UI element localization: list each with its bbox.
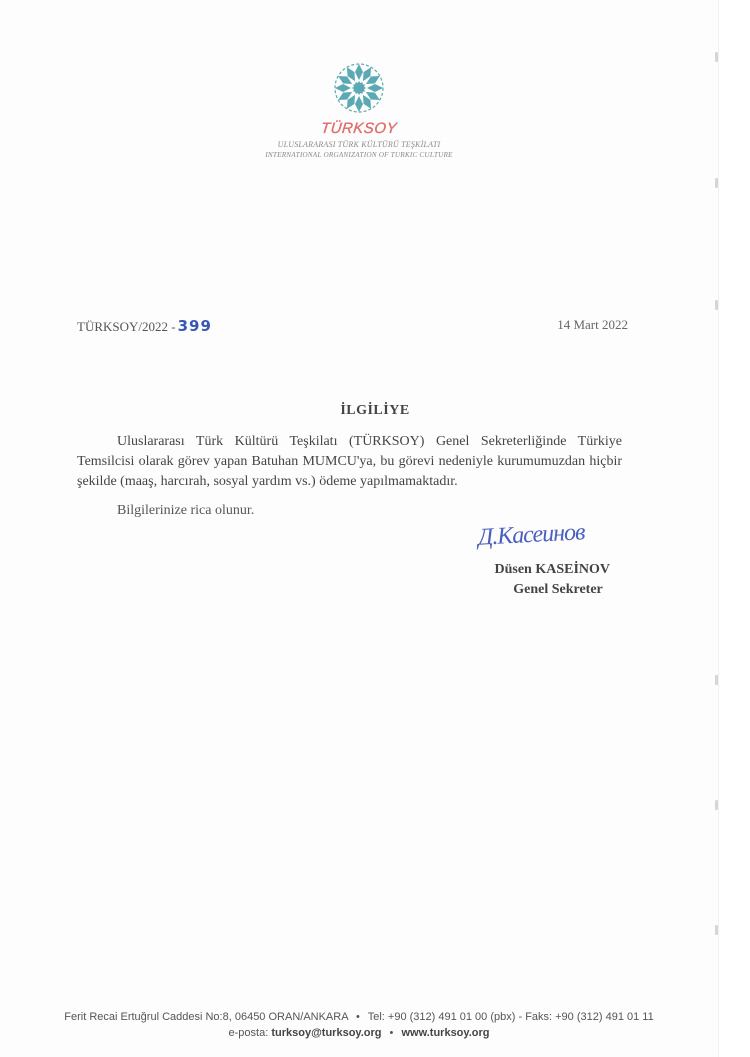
scan-mark xyxy=(715,300,718,310)
org-name-tr: ULUSLARARASI TÜRK KÜLTÜRÜ TEŞKİLATI xyxy=(0,140,718,149)
closing-line: Bilgilerinize rica olunur. xyxy=(117,503,254,519)
letter-footer: Ferit Recai Ertuğrul Caddesi No:8, 06450… xyxy=(0,1011,718,1039)
footer-email[interactable]: turksoy@turksoy.org xyxy=(271,1027,381,1039)
scan-mark xyxy=(715,178,718,188)
bullet-separator: • xyxy=(390,1027,394,1039)
brand-name: TÜRKSOY xyxy=(320,120,398,137)
handwritten-signature: Д.Касеинов xyxy=(477,519,585,552)
signatory-name: Düsen KASEİNOV xyxy=(494,562,610,578)
body-paragraph: Uluslararası Türk Kültürü Teşkilatı (TÜR… xyxy=(77,432,622,492)
footer-address: Ferit Recai Ertuğrul Caddesi No:8, 06450… xyxy=(64,1011,348,1023)
scan-edge xyxy=(718,0,750,1057)
handwritten-number: 399 xyxy=(178,317,212,335)
reference-prefix: TÜRKSOY/2022 - xyxy=(77,319,176,334)
org-name-en: INTERNATIONAL ORGANIZATION OF TURKIC CUL… xyxy=(0,151,718,159)
signatory-role: Genel Sekreter xyxy=(506,582,610,598)
scan-mark xyxy=(715,925,718,935)
letter-date: 14 Mart 2022 xyxy=(557,317,628,333)
letter-title: İLGİLİYE xyxy=(0,403,750,419)
letter-page: TÜRKSOY ULUSLARARASI TÜRK KÜLTÜRÜ TEŞKİL… xyxy=(0,0,718,1057)
footer-phone: Tel: +90 (312) 491 01 00 (pbx) - Faks: +… xyxy=(368,1011,654,1023)
footer-website[interactable]: www.turksoy.org xyxy=(401,1027,489,1039)
turksoy-star-emblem-icon xyxy=(333,62,385,114)
letter-body: Uluslararası Türk Kültürü Teşkilatı (TÜR… xyxy=(77,432,622,492)
footer-email-label: e-posta: xyxy=(229,1027,269,1039)
scan-mark xyxy=(715,800,718,810)
scan-mark xyxy=(715,675,718,685)
reference-number: TÜRKSOY/2022 -399 xyxy=(77,317,212,335)
letterhead: TÜRKSOY ULUSLARARASI TÜRK KÜLTÜRÜ TEŞKİL… xyxy=(0,62,718,159)
bullet-separator: • xyxy=(356,1011,360,1023)
scan-mark xyxy=(715,52,718,62)
